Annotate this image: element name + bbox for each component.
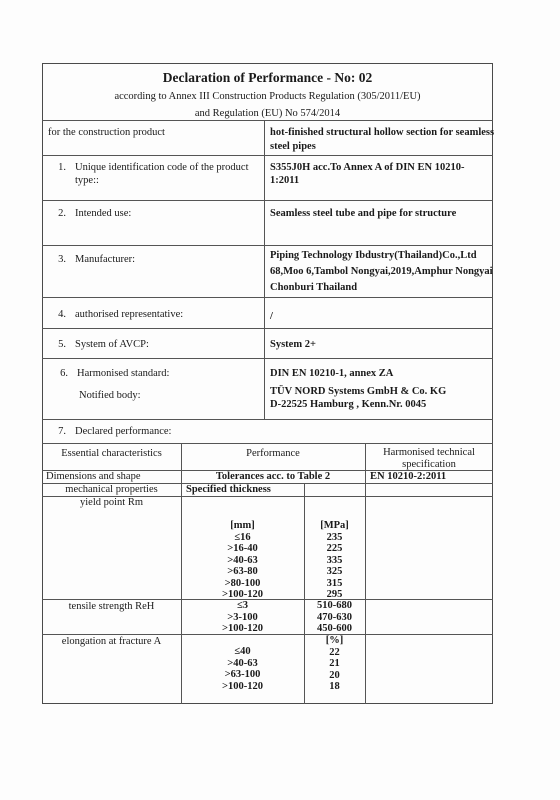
column-divider [264,120,265,419]
item-5-value: System 2+ [270,338,316,351]
item-6-value-notified-body: TÜV NORD Systems GmbH & Co. KG [270,385,446,398]
unit-mpa: [MPa] [304,520,365,532]
tensile-thickness-list: ≤3>3-100>100-120 [181,600,304,635]
dimensions-spec: EN 10210-2:2011 [370,470,446,483]
yield-value: 235 [304,532,365,544]
divider [42,419,493,420]
elongation-value: 22 [304,647,365,659]
mechanical-performance: Specified thickness [186,483,271,496]
document-title: Declaration of Performance - No: 02 [42,71,493,84]
item-6-label: 6.Harmonised standard: [50,367,169,380]
dimensions-performance: Tolerances acc. to Table 2 [181,470,365,483]
elongation-value: 21 [304,658,365,670]
item-4-value: / [270,310,273,323]
yield-values-list: [MPa] 235225335325315295 [304,520,365,601]
item-3-value-cont: 68,Moo 6,Tambol Nongyai,2019,Amphur Nong… [270,265,493,278]
divider [42,245,493,246]
thickness-range: ≤3 [181,600,304,612]
thickness-range: >63-80 [181,566,304,578]
item-1-value-cont: 1:2011 [270,174,299,187]
yield-value: 225 [304,543,365,555]
product-value: hot-finished structural hollow section f… [270,126,494,139]
thickness-range: >63-100 [181,669,304,681]
tensile-value: 470-630 [304,612,365,624]
elongation-values-list: [%] 22212018 [304,635,365,693]
divider [42,358,493,359]
yield-value: 335 [304,555,365,567]
product-value-cont: steel pipes [270,140,316,153]
thickness-range: >40-63 [181,658,304,670]
divider [42,155,493,156]
elongation-thickness-list: ≤40>40-63>63-100>100-120 [181,646,304,692]
document-subtitle-regulation: according to Annex III Construction Prod… [42,90,493,103]
item-7-label: 7.Declared performance: [48,425,171,438]
thickness-range: >40-63 [181,555,304,567]
thickness-range: ≤16 [181,532,304,544]
item-number: 1. [48,161,66,174]
tensile-label: tensile strength ReH [42,600,181,613]
divider [42,443,493,444]
unit-percent: [%] [304,635,365,647]
column-divider [365,443,366,704]
item-6-value-notified-address: D-22525 Hamburg , Kenn.Nr. 0045 [270,398,426,411]
item-1-value: S355J0H acc.To Annex A of DIN EN 10210- [270,161,464,174]
thickness-range: >3-100 [181,612,304,624]
elongation-value: 18 [304,681,365,693]
thickness-range: ≤40 [181,646,304,658]
item-6-label-notified: Notified body: [79,389,141,402]
item-5-label: 5.System of AVCP: [48,338,149,351]
item-3-label: 3.Manufacturer: [48,253,135,266]
elongation-value: 20 [304,670,365,682]
divider [42,328,493,329]
header-essential-characteristics: Essential characteristics [42,447,181,460]
yield-value: 315 [304,578,365,590]
item-6-value: DIN EN 10210-1, annex ZA [270,367,393,380]
item-1-label-cont: type:: [75,174,99,187]
item-3-value-cont2: Chonburi Thailand [270,281,357,294]
item-2-value: Seamless steel tube and pipe for structu… [270,207,456,220]
header-performance: Performance [181,447,365,460]
yield-value: 325 [304,566,365,578]
product-label: for the construction product [48,126,165,139]
divider [42,120,493,121]
mechanical-label: mechanical properties [42,483,181,496]
thickness-range: >16-40 [181,543,304,555]
tensile-values-list: 510-680470-630450-600 [304,600,365,635]
thickness-range: >100-120 [181,681,304,693]
item-1-label: 1.Unique identification code of the prod… [48,161,249,174]
thickness-range: >100-120 [181,589,304,601]
thickness-range: >80-100 [181,578,304,590]
item-4-label: 4.authorised representative: [48,308,183,321]
yield-value: 295 [304,589,365,601]
divider [42,200,493,201]
unit-mm: [mm] [181,520,304,532]
item-2-label: 2.Intended use: [48,207,131,220]
divider [42,297,493,298]
item-3-value: Piping Technology Ibdustry(Thailand)Co.,… [270,249,477,262]
yield-thickness-list: [mm] ≤16>16-40>40-63>63-80>80-100>100-12… [181,520,304,601]
tensile-value: 510-680 [304,600,365,612]
tensile-value: 450-600 [304,623,365,635]
dimensions-label: Dimensions and shape [46,470,141,483]
thickness-range: >100-120 [181,623,304,635]
document-subtitle-regulation-2: and Regulation (EU) No 574/2014 [42,107,493,120]
elongation-label: elongation at fracture A [42,635,181,648]
yield-label: yield point Rm [42,496,181,509]
